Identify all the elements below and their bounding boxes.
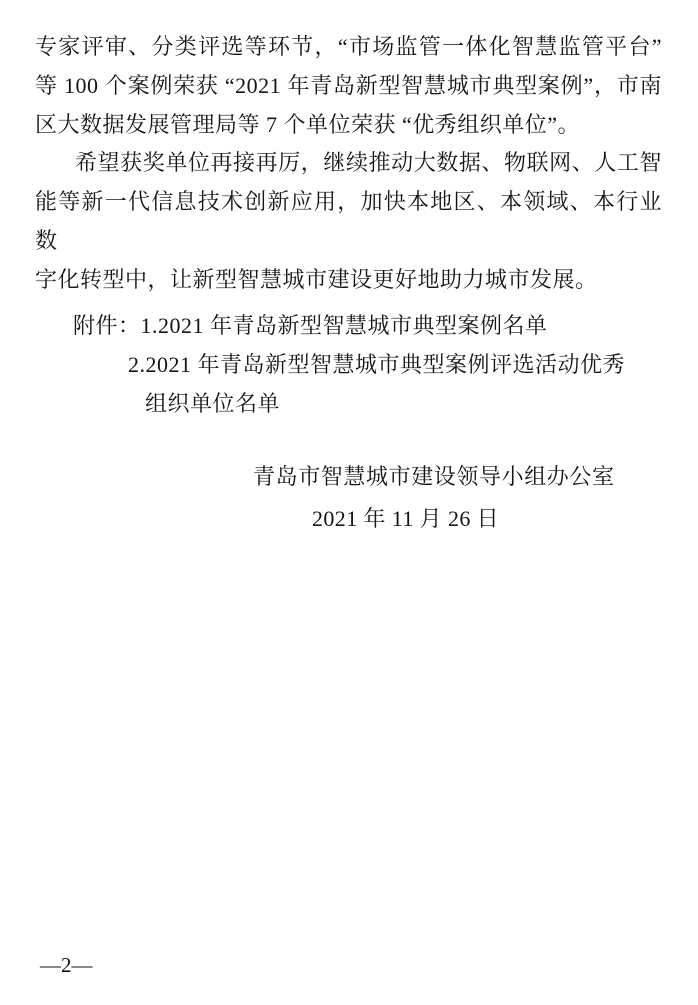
attachments-section: 附件：1.2021 年青岛新型智慧城市典型案例名单 2.2021 年青岛新型智慧…	[73, 306, 633, 423]
attachment-item-2-line-1: 2.2021 年青岛新型智慧城市典型案例评选活动优秀	[128, 345, 633, 384]
signature-organization: 青岛市智慧城市建设领导小组办公室	[253, 462, 615, 492]
paragraph-2-line-2: 能等新一代信息技术创新应用，加快本地区、本领域、本行业数	[35, 183, 662, 261]
page-number: —2—	[40, 952, 93, 978]
paragraph-2-line-1: 希望获奖单位再接再厉，继续推动大数据、物联网、人工智	[35, 144, 662, 183]
paragraph-1-line-2: 等 100 个案例荣获 “2021 年青岛新型智慧城市典型案例”，市南	[35, 67, 662, 106]
document-page: 专家评审、分类评选等环节，“市场监管一体化智慧监管平台” 等 100 个案例荣获…	[0, 0, 698, 1005]
signature-date: 2021 年 11 月 26 日	[312, 504, 499, 534]
attachment-item-1: 附件：1.2021 年青岛新型智慧城市典型案例名单	[73, 306, 633, 345]
paragraph-1-line-1: 专家评审、分类评选等环节，“市场监管一体化智慧监管平台”	[35, 28, 662, 67]
attachment-item-2-line-2: 组织单位名单	[145, 384, 633, 423]
paragraph-2-line-3: 字化转型中，让新型智慧城市建设更好地助力城市发展。	[35, 261, 662, 300]
body-text: 专家评审、分类评选等环节，“市场监管一体化智慧监管平台” 等 100 个案例荣获…	[35, 28, 662, 300]
paragraph-1-line-3: 区大数据发展管理局等 7 个单位荣获 “优秀组织单位”。	[35, 106, 662, 145]
